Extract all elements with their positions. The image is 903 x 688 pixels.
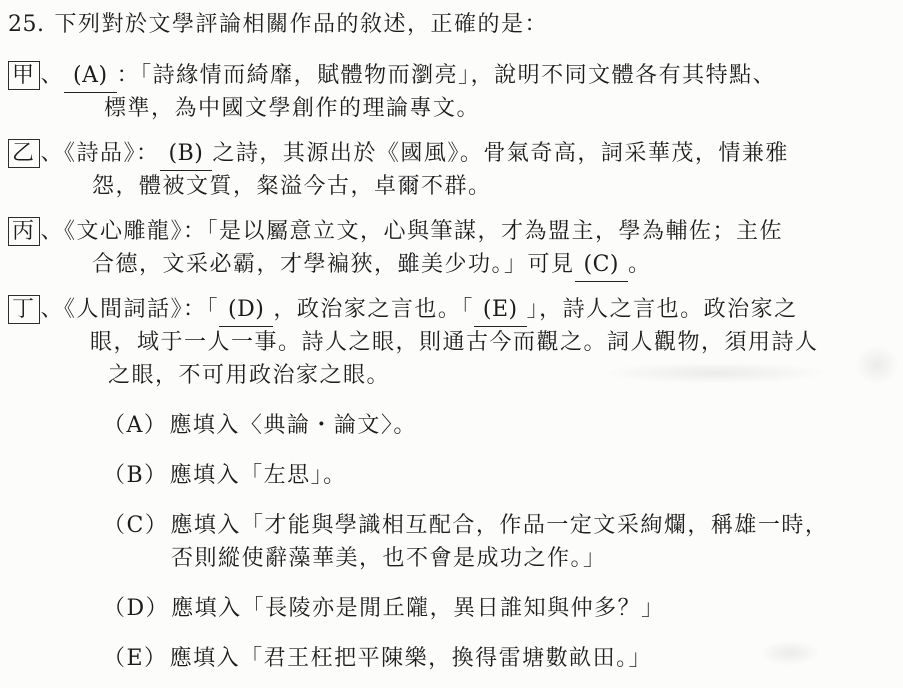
statement-bing-line-2: 合德，文采必霸，才學褊狹，雖美少功。」可見(C)。 (8, 248, 903, 281)
statement-jia-label: 甲 (8, 61, 40, 90)
option-d-line: （D）應填入「長陵亦是閒丘隴，異日誰知與仲多？」 (8, 592, 903, 625)
option-e-line: （E）應填入「君王枉把平陳樂，換得雷塘數畝田。」 (8, 642, 903, 675)
blank-a: (A) (64, 59, 117, 93)
option-a: （A）應填入〈典論・論文〉。 (8, 409, 903, 442)
blank-d: (D) (219, 293, 273, 327)
statement-ding-text-3: 之眼，不可用政治家之眼。 (108, 363, 390, 388)
option-e: （E）應填入「君王枉把平陳樂，換得雷塘數畝田。」 (8, 642, 903, 675)
option-e-text: 應填入「君王枉把平陳樂，換得雷塘數畝田。」 (170, 646, 653, 671)
statement-jia: 甲、(A)：「詩緣情而綺靡，賦體物而瀏亮」，說明不同文體各有其特點、 標準，為中… (8, 59, 903, 125)
option-c-text-1: 應填入「才能與學識相互配合，作品一定文采絢爛，稱雄一時， (170, 513, 828, 538)
statement-yi-text-pre: 《詩品》： (64, 141, 160, 166)
statement-jia-line-1: 甲、(A)：「詩緣情而綺靡，賦體物而瀏亮」，說明不同文體各有其特點、 (8, 59, 903, 92)
statement-jia-text-2: 標準，為中國文學創作的理論專文。 (104, 96, 480, 121)
statement-jia-line-2: 標準，為中國文學創作的理論專文。 (8, 92, 903, 125)
statement-ding-text-pre: 《人間詞話》：「 (64, 297, 219, 322)
statement-ding-line-2: 眼，域于一人一事。詩人之眼，則通古今而觀之。詞人觀物，須用詩人 (8, 326, 903, 359)
statement-yi-label: 乙 (8, 139, 40, 168)
statement-yi-line-2: 怨，體被文質，粲溢今古，卓爾不群。 (8, 170, 903, 203)
statement-bing-label: 丙 (8, 217, 40, 246)
option-e-label: （E） (103, 646, 168, 671)
statement-bing-text-3: 。 (628, 252, 652, 277)
statement-jia-text-1: ：「詩緣情而綺靡，賦體物而瀏亮」，說明不同文體各有其特點、 (117, 63, 777, 88)
option-d-text: 應填入「長陵亦是閒丘隴，異日誰知與仲多？」 (171, 596, 665, 621)
statement-ding-line-3: 之眼，不可用政治家之眼。 (8, 359, 903, 392)
exam-page: 25.下列對於文學評論相關作品的敘述，正確的是： 甲、(A)：「詩緣情而綺靡，賦… (0, 0, 903, 688)
statement-yi: 乙、《詩品》：(B)之詩，其源出於《國風》。骨氣奇高，詞采華茂，情兼雅 怨，體被… (8, 137, 903, 203)
statement-ding-line-1: 丁、《人間詞話》：「(D)，政治家之言也。「(E)」，詩人之言也。政治家之 (8, 293, 903, 326)
option-d-label: （D） (103, 596, 169, 621)
question-number: 25. (8, 12, 45, 37)
statement-bing-text-2: 合德，文采必霸，才學褊狹，雖美少功。」可見 (92, 252, 575, 277)
option-b-text: 應填入「左思」。 (170, 463, 347, 488)
option-b: （B）應填入「左思」。 (8, 459, 903, 492)
answer-options: （A）應填入〈典論・論文〉。 （B）應填入「左思」。 （C）應填入「才能與學識相… (8, 409, 903, 675)
statement-ding: 丁、《人間詞話》：「(D)，政治家之言也。「(E)」，詩人之言也。政治家之 眼，… (8, 293, 903, 392)
question-stem: 25.下列對於文學評論相關作品的敘述，正確的是： (8, 8, 903, 41)
option-a-line: （A）應填入〈典論・論文〉。 (8, 409, 903, 442)
blank-c: (C) (575, 248, 629, 282)
statement-bing-text-1: 《文心雕龍》：「是以屬意立文，心與筆謀，才為盟主，學為輔佐；主佐 (64, 219, 783, 244)
statement-bing-separator: 、 (41, 219, 65, 244)
statement-yi-text-2: 怨，體被文質，粲溢今古，卓爾不群。 (92, 174, 492, 199)
statement-yi-line-1: 乙、《詩品》：(B)之詩，其源出於《國風》。骨氣奇高，詞采華茂，情兼雅 (8, 137, 903, 170)
option-b-line: （B）應填入「左思」。 (8, 459, 903, 492)
blank-e: (E) (474, 293, 527, 327)
option-c-line-1: （C）應填入「才能與學識相互配合，作品一定文采絢爛，稱雄一時， (8, 509, 903, 542)
option-c-text-2: 否則縱使辭藻華美，也不會是成功之作。」 (171, 546, 607, 571)
statement-ding-separator: 、 (41, 297, 65, 322)
option-b-label: （B） (103, 463, 168, 488)
statement-ding-text-post: 」，詩人之言也。政治家之 (527, 297, 798, 322)
option-a-label: （A） (103, 413, 167, 438)
option-c: （C）應填入「才能與學識相互配合，作品一定文采絢爛，稱雄一時， 否則縱使辭藻華美… (8, 509, 903, 575)
option-d: （D）應填入「長陵亦是閒丘隴，異日誰知與仲多？」 (8, 592, 903, 625)
statement-jia-separator: 、 (41, 63, 65, 88)
option-c-line-2: 否則縱使辭藻華美，也不會是成功之作。」 (8, 542, 903, 575)
option-a-text: 應填入〈典論・論文〉。 (169, 413, 417, 438)
statement-bing-line-1: 丙、《文心雕龍》：「是以屬意立文，心與筆謀，才為盟主，學為輔佐；主佐 (8, 215, 903, 248)
statement-yi-text-1: 之詩，其源出於《國風》。骨氣奇高，詞采華茂，情兼雅 (212, 141, 789, 166)
question-text: 下列對於文學評論相關作品的敘述，正確的是： (55, 12, 549, 37)
option-c-label: （C） (103, 513, 168, 538)
blank-b: (B) (160, 137, 213, 171)
statement-bing: 丙、《文心雕龍》：「是以屬意立文，心與筆謀，才為盟主，學為輔佐；主佐 合德，文采… (8, 215, 903, 281)
statement-ding-text-mid: ，政治家之言也。「 (273, 297, 474, 322)
statement-yi-separator: 、 (41, 141, 65, 166)
statement-ding-label: 丁 (8, 295, 40, 324)
statement-ding-text-2: 眼，域于一人一事。詩人之眼，則通古今而觀之。詞人觀物，須用詩人 (90, 330, 819, 355)
